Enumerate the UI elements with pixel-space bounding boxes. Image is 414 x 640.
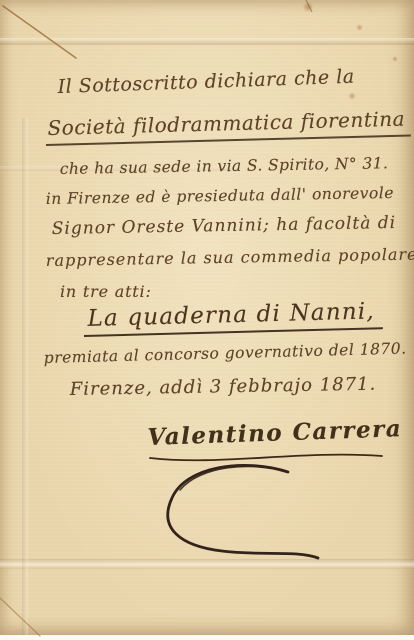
award-line: premiata al concorso governativo del 187… bbox=[44, 340, 407, 367]
dateline: Firenze, addì 3 febbrajo 1871. bbox=[70, 374, 377, 400]
aged-paper-sheet: Il Sottoscritto dichiara che la Società … bbox=[0, 0, 414, 635]
letter-line-opening: Il Sottoscritto dichiara che la bbox=[57, 66, 355, 98]
foxing-stain bbox=[348, 92, 356, 100]
letter-line-city: in Firenze ed è presieduta dall' onorevo… bbox=[46, 184, 394, 208]
foxing-stain bbox=[356, 24, 363, 31]
play-title-underlined: La quaderna di Nanni, bbox=[83, 298, 383, 337]
signature-flourish-thick-edge bbox=[180, 466, 288, 490]
horizontal-fold-crease-bottom bbox=[0, 559, 414, 569]
vertical-fold-crease-left bbox=[22, 118, 28, 635]
corner-crease-mark bbox=[3, 6, 76, 58]
foxing-stain bbox=[303, 1, 313, 13]
horizontal-fold-crease-top bbox=[0, 38, 414, 45]
letter-line-address: che ha sua sede in via S. Spirito, N° 31… bbox=[60, 154, 389, 178]
signature-flourish bbox=[168, 465, 318, 558]
foxing-stain bbox=[392, 56, 398, 62]
signature-underline-sweep bbox=[150, 455, 382, 461]
letter-line-acts: in tre atti: bbox=[60, 282, 152, 301]
corner-crease-mark-bottom bbox=[0, 598, 40, 636]
society-name-underlined: Società filodrammatica fiorentina bbox=[45, 106, 410, 146]
edge-ink-mark bbox=[306, 0, 312, 12]
letter-line-president: Signor Oreste Vannini; ha facoltà di bbox=[52, 213, 397, 239]
signature: Valentino Carrera bbox=[147, 415, 403, 451]
letter-photograph: Il Sottoscritto dichiara che la Società … bbox=[0, 0, 414, 640]
letter-line-permission: rappresentare la sua commedia popolare bbox=[46, 245, 414, 270]
